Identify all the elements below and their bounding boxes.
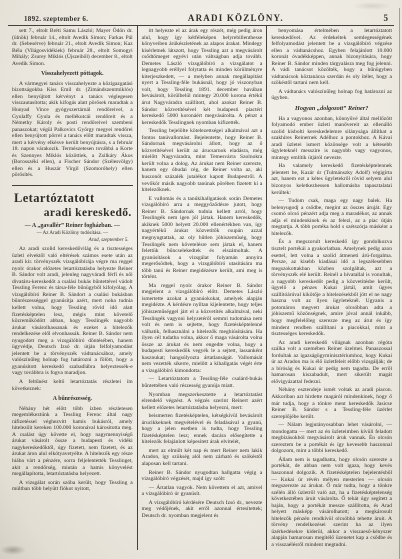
article-paragraph: A vármegyei tanács visszahelyezte a közi… — [12, 81, 133, 179]
article-paragraph: — Ártatlan vagyok. Nem követtem el azt, … — [142, 485, 263, 498]
article-paragraph: Néhány hét előtt több ízben részletesen … — [12, 406, 133, 478]
article-paragraph: mert az elmúlt két nap és mert Reiner ne… — [142, 448, 263, 468]
article-paragraph: A feltűnést keltő letartóztatás részlete… — [12, 379, 133, 392]
section-subhead: Visszahelyezett póttagok. — [12, 71, 133, 78]
article-subtitle: — A „gavallér” Reiner fogházban. — — [12, 223, 133, 229]
page-edge-line — [399, 8, 400, 559]
article-paragraph: Állam nem is tagadhatta, hogy olcsón sze… — [271, 457, 392, 549]
scan-smudge — [352, 2, 392, 10]
column1-body: Az aradi szolid kereskedővilág és a tisz… — [12, 246, 133, 493]
article-paragraph: Tessling bejelölte kötelezettségei alkal… — [142, 128, 263, 193]
article-paragraph: — Tudom csak, maga egy nagy balek. Ha be… — [271, 198, 392, 237]
article-paragraph: Ma reggel nyolc órakor Reiner B. Sándor … — [142, 283, 263, 375]
article-paragraph: Az aradi kereskedő világnak azonban régó… — [271, 340, 392, 386]
article-paragraph: Reiner B. Sándor nyugodtan hallgatta vég… — [142, 470, 263, 483]
masthead: 1892. szeptember 6. ARADI KÖZLÖNY. 5 — [8, 13, 394, 26]
column-1: sett 7., eltolt Bréti Samu László; Mayer… — [8, 26, 137, 550]
article-headline-line1: Letartóztatott — [14, 191, 133, 206]
article-columns: sett 7., eltolt Bréti Samu László; Mayer… — [8, 26, 396, 550]
issue-date: 1892. szeptember 6. — [8, 15, 88, 23]
section-subhead: Hogyan „dolgozott” Reiner? — [271, 106, 392, 113]
column-3: benyomása értelmében a letartóztatott ke… — [267, 26, 396, 550]
newspaper-title: ARADI KÖZLÖNY. — [188, 13, 284, 23]
article-paragraph: Nyomban megszerkesztette a letartóztatás… — [142, 392, 263, 412]
article-paragraph: Ha valamely kereskedő fizetésképtelennek… — [271, 163, 392, 196]
article-paragraph: Az aradi szolid kereskedővilág és a tisz… — [12, 246, 133, 377]
article-paragraph: benyomása értelmében a letartóztatott ke… — [271, 28, 392, 87]
newspaper-page: 1892. szeptember 6. ARADI KÖZLÖNY. 5 set… — [0, 0, 402, 559]
column1-top: sett 7., eltolt Bréti Samu László; Mayer… — [12, 28, 133, 179]
article-paragraph: Ha a vagyonos azonban, könnyűvé által me… — [271, 116, 392, 162]
article-paragraph: És a megszorult kereskedő így gondolkozv… — [271, 239, 392, 337]
article-paragraph: A vizsgálat során szóba került, hogy Tes… — [12, 480, 133, 493]
column-2: itt helyezte el az árak egy részét, még … — [137, 26, 268, 550]
article-byline: — Az Aradi Közlöny tudósítása. — — [12, 231, 133, 236]
article-paragraph: beismerten fizetésképtelen, kétségkívül … — [142, 413, 263, 446]
article-paragraph: sett 7., eltolt Bréti Samu László; Mayer… — [12, 28, 133, 67]
article-paragraph: — Nálam legjutányosabban lehet vásárolni… — [271, 422, 392, 455]
article-paragraph: A vádtanács valószínűleg holnap fog hatá… — [271, 89, 392, 102]
article-paragraph: E vallomás és a tanúkihallgatások során … — [142, 196, 263, 281]
article-headline-line2: aradi kereskedő. — [12, 207, 132, 219]
article-paragraph: itt helyezte el az árak egy részét, még … — [142, 28, 263, 126]
page-number: 5 — [383, 13, 394, 23]
section-divider-rule — [12, 185, 133, 186]
article-dateline: Arad, szeptember 5. — [12, 238, 129, 243]
article-paragraph: — Letartóztatom a Tessling-féle csalárd-… — [142, 376, 263, 389]
section-subhead: A bűnrészesség. — [12, 396, 133, 403]
article-paragraph: A vizsgálóbíró kérdésére Deutsch Izsó dr… — [142, 500, 263, 520]
article-paragraph: Néhány esztendeje ismét voltak az aradi … — [271, 387, 392, 420]
